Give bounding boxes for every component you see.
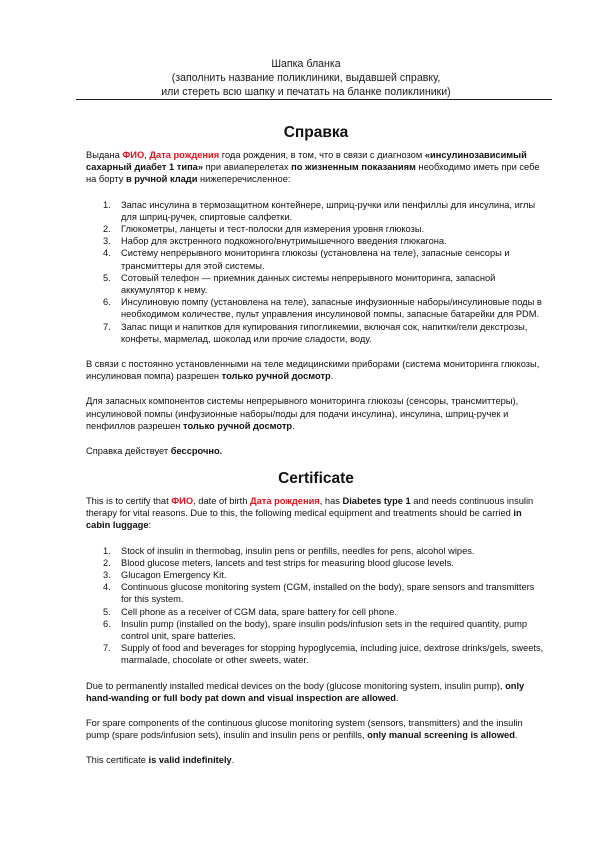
list-item-text: Инсулиновую помпу (установлена на теле),… [121, 297, 542, 319]
list-item-text: Сотовый телефон — приемник данных систем… [121, 273, 495, 295]
bold-text: only manual screening is allowed [367, 730, 515, 740]
placeholder-field: Дата рождения [250, 496, 320, 506]
bold-text: in cabin luggage [86, 508, 522, 530]
list-item-text: Набор для экстренного подкожного/внутрим… [121, 236, 447, 246]
bold-text: по жизненным показаниям [291, 162, 416, 172]
placeholder-field: ФИО [122, 150, 144, 160]
document-page: Шапка бланка (заполнить название поликли… [0, 0, 596, 842]
russian-spare-components-paragraph: Для запасных компонентов системы непреры… [86, 395, 546, 432]
list-item-text: Continuous glucose monitoring system (CG… [121, 582, 534, 604]
russian-title: Справка [86, 124, 546, 142]
list-item-text: Систему непрерывного мониторинга глюкозы… [121, 248, 510, 270]
list-item-text: Insulin pump (installed on the body), sp… [121, 619, 527, 641]
list-item: 4.Continuous glucose monitoring system (… [86, 581, 546, 605]
header-line: Шапка бланка [76, 57, 536, 71]
placeholder-field: Дата рождения [149, 150, 219, 160]
list-item-number: 2. [103, 557, 111, 569]
list-item: 1.Stock of insulin in thermobag, insulin… [86, 545, 546, 557]
list-item-number: 1. [103, 199, 111, 211]
english-title: Certificate [86, 470, 546, 488]
list-item-text: Supply of food and beverages for stoppin… [121, 643, 543, 665]
list-item: 2.Глюкометры, ланцеты и тест-полоски для… [86, 223, 546, 235]
list-item-text: Запас инсулина в термозащитном контейнер… [121, 200, 535, 222]
list-item-number: 2. [103, 223, 111, 235]
english-validity-paragraph: This certificate is valid indefinitely. [86, 754, 546, 766]
bold-text: только ручной досмотр [222, 371, 331, 381]
russian-items-list: 1.Запас инсулина в термозащитном контейн… [86, 199, 546, 345]
list-item: 3.Набор для экстренного подкожного/внутр… [86, 235, 546, 247]
header-line: или стереть всю шапку и печатать на блан… [76, 85, 536, 99]
bold-text: бессрочно. [171, 446, 223, 456]
list-item-text: Glucagon Emergency Kit. [121, 570, 226, 580]
english-items-list: 1.Stock of insulin in thermobag, insulin… [86, 545, 546, 667]
header-line: (заполнить название поликлиники, выдавше… [76, 71, 536, 85]
list-item-number: 5. [103, 272, 111, 284]
form-header: Шапка бланка (заполнить название поликли… [76, 57, 536, 99]
russian-validity-paragraph: Справка действует бессрочно. [86, 445, 546, 457]
russian-certificate-section: Справка Выдана ФИО, Дата рождения года р… [86, 124, 546, 470]
english-certificate-section: Certificate This is to certify that ФИО,… [86, 470, 546, 780]
list-item-number: 4. [103, 247, 111, 259]
list-item-text: Cell phone as a receiver of CGM data, sp… [121, 607, 397, 617]
header-divider [76, 99, 552, 100]
list-item: 6.Инсулиновую помпу (установлена на теле… [86, 296, 546, 320]
list-item-number: 5. [103, 606, 111, 618]
bold-text: is valid indefinitely [149, 755, 232, 765]
english-spare-components-paragraph: For spare components of the continuous g… [86, 717, 546, 741]
placeholder-field: ФИО [171, 496, 193, 506]
english-intro-paragraph: This is to certify that ФИО, date of bir… [86, 495, 546, 532]
list-item-number: 7. [103, 321, 111, 333]
list-item-number: 6. [103, 296, 111, 308]
list-item-text: Stock of insulin in thermobag, insulin p… [121, 546, 474, 556]
bold-text: only hand-wanding or full body pat down … [86, 681, 524, 703]
bold-text: Diabetes type 1 [342, 496, 410, 506]
list-item: 1.Запас инсулина в термозащитном контейн… [86, 199, 546, 223]
russian-intro-paragraph: Выдана ФИО, Дата рождения года рождения,… [86, 149, 546, 186]
list-item: 7.Запас пищи и напитков для купирования … [86, 321, 546, 345]
list-item: 7.Supply of food and beverages for stopp… [86, 642, 546, 666]
list-item-number: 3. [103, 235, 111, 247]
list-item-text: Blood glucose meters, lancets and test s… [121, 558, 454, 568]
list-item: 5.Cell phone as a receiver of CGM data, … [86, 606, 546, 618]
list-item-text: Глюкометры, ланцеты и тест-полоски для и… [121, 224, 424, 234]
english-screening-paragraph: Due to permanently installed medical dev… [86, 680, 546, 704]
list-item-number: 7. [103, 642, 111, 654]
list-item-number: 3. [103, 569, 111, 581]
list-item-number: 6. [103, 618, 111, 630]
list-item-number: 4. [103, 581, 111, 593]
russian-screening-paragraph: В связи с постоянно установленными на те… [86, 358, 546, 382]
bold-text: в ручной клади [126, 174, 197, 184]
list-item-text: Запас пищи и напитков для купирования ги… [121, 322, 527, 344]
list-item: 3.Glucagon Emergency Kit. [86, 569, 546, 581]
list-item: 6.Insulin pump (installed on the body), … [86, 618, 546, 642]
list-item-number: 1. [103, 545, 111, 557]
list-item: 2.Blood glucose meters, lancets and test… [86, 557, 546, 569]
bold-text: только ручной досмотр [183, 421, 292, 431]
list-item: 5.Сотовый телефон — приемник данных сист… [86, 272, 546, 296]
list-item: 4.Систему непрерывного мониторинга глюко… [86, 247, 546, 271]
